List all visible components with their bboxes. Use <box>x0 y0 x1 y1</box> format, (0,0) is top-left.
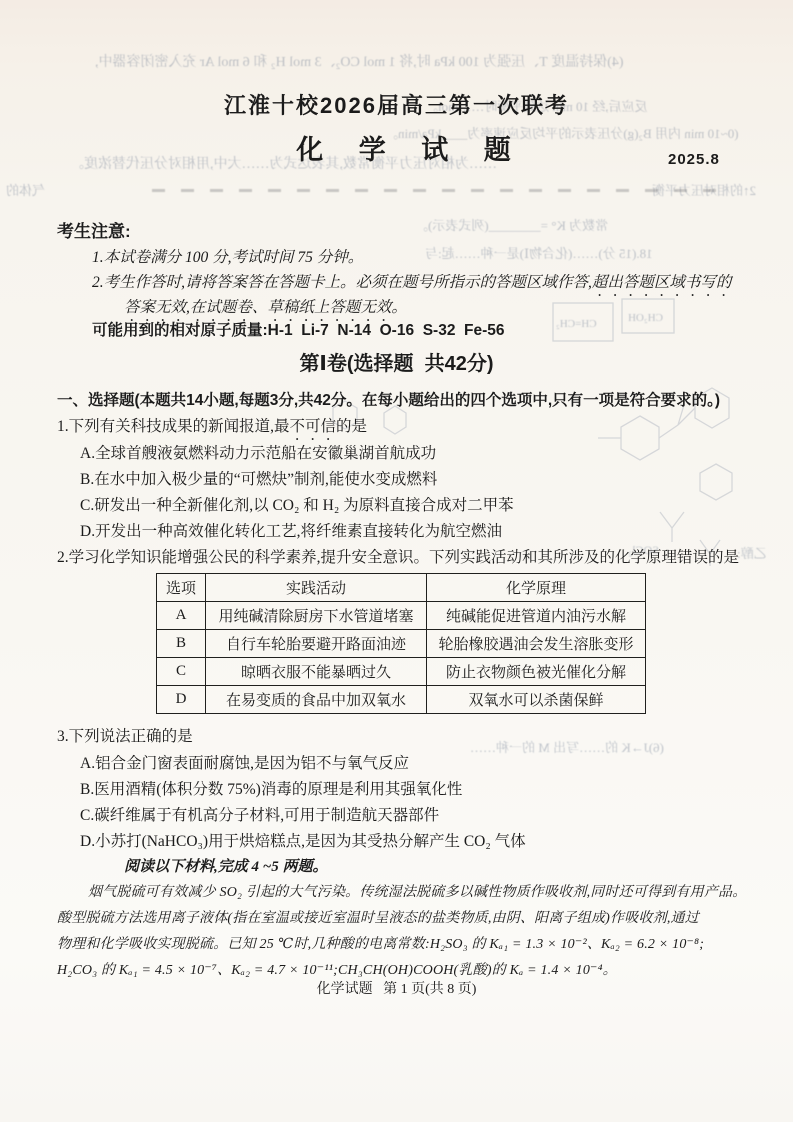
q1-option-c: C.研发出一种全新催化剂,以 CO₂ 和 H₂ 为原料直接合成对二甲苯 <box>80 496 514 515</box>
table-header-activity: 实践活动 <box>206 574 427 602</box>
table-cell: B <box>157 630 206 658</box>
reading-lead: 阅读以下材料,完成 4 ~5 两题。 <box>124 858 328 877</box>
table-row: D 在易变质的食品中加双氧水 双氧水可以杀菌保鲜 <box>157 686 646 714</box>
notice-heading: 考生注意: <box>57 221 131 242</box>
q1-option-b: B.在水中加入极少量的“可燃炔”制剂,能使水变成燃料 <box>80 470 437 489</box>
table-row: B 自行车轮胎要避开路面油迹 轮胎橡胶遇油会发生溶胀变形 <box>157 630 646 658</box>
table-cell: C <box>157 658 206 686</box>
table-cell: 防止衣物颜色被光催化分解 <box>427 658 646 686</box>
q2-stem: 2.学习化学知识能增强公民的科学素养,提升安全意识。下列实践活动和其所涉及的化学… <box>57 548 739 567</box>
reading-line-2: 酸型脱硫方法选用离子液体(指在室温或接近室温时呈液态的盐类物质,由阴、阳离子组成… <box>57 910 699 928</box>
q2-table-header-row: 选项 实践活动 化学原理 <box>157 574 646 602</box>
exam-title: 江淮十校2026届高三第一次联考 <box>0 92 793 120</box>
q3-option-c: C.碳纤维属于有机高分子材料,可用于制造航天器部件 <box>80 806 439 825</box>
exam-paper-page: (4)保持温度 T、压强为 100 kPa 时,将 1 mol CO₂、3 mo… <box>0 0 793 1122</box>
table-header-option: 选项 <box>157 574 206 602</box>
exam-date: 2025.8 <box>668 151 720 170</box>
section-1-heading: 第Ⅰ卷(选择题 共42分) <box>0 352 793 377</box>
q3-option-b: B.医用酒精(体积分数 75%)消毒的原理是利用其强氧化性 <box>80 780 462 799</box>
q2-table: 选项 实践活动 化学原理 A 用纯碱清除厨房下水管道堵塞 纯碱能促进管道内油污水… <box>156 573 646 714</box>
notice-item-2-line-1: 2.考生作答时,请将答案答在答题卡上。必须在题号所指示的答题区域作答,超出答题区… <box>92 273 731 300</box>
notice-item-1: 1.本试卷满分 100 分,考试时间 75 分钟。 <box>92 248 363 267</box>
table-cell: 纯碱能促进管道内油污水解 <box>427 602 646 630</box>
table-header-principle: 化学原理 <box>427 574 646 602</box>
table-cell: 晾晒衣服不能暴晒过久 <box>206 658 427 686</box>
table-row: A 用纯碱清除厨房下水管道堵塞 纯碱能促进管道内油污水解 <box>157 602 646 630</box>
q1-option-a: A.全球首艘液氨燃料动力示范船在安徽巢湖首航成功 <box>80 444 436 463</box>
table-row: C 晾晒衣服不能暴晒过久 防止衣物颜色被光催化分解 <box>157 658 646 686</box>
table-cell: 自行车轮胎要避开路面油迹 <box>206 630 427 658</box>
reading-line-1: 烟气脱硫可有效减少 SO₂ 引起的大气污染。传统湿法脱硫多以碱性物质作吸收剂,同… <box>88 884 746 902</box>
q3-option-a: A.铝合金门窗表面耐腐蚀,是因为铝不与氧气反应 <box>80 754 409 773</box>
page-content: 江淮十校2026届高三第一次联考 化 学 试 题 2025.8 考生注意: 1.… <box>0 0 793 1122</box>
table-cell: 在易变质的食品中加双氧水 <box>206 686 427 714</box>
table-cell: D <box>157 686 206 714</box>
table-cell: 用纯碱清除厨房下水管道堵塞 <box>206 602 427 630</box>
page-footer: 化学试题 第 1 页(共 8 页) <box>0 981 793 999</box>
table-cell: 双氧水可以杀菌保鲜 <box>427 686 646 714</box>
q1-stem: 1.下列有关科技成果的新闻报道,最不可信的是 <box>57 417 367 444</box>
reading-line-3: 物理和化学吸收实现脱硫。已知 25 ℃时,几种酸的电离常数:H₂SO₃ 的 Kₐ… <box>57 936 704 954</box>
multiple-choice-intro: 一、选择题(本题共14小题,每题3分,共42分。在每小题给出的四个选项中,只有一… <box>57 391 720 410</box>
q1-option-d: D.开发出一种高效催化转化工艺,将纤维素直接转化为航空燃油 <box>80 522 502 541</box>
q3-stem: 3.下列说法正确的是 <box>57 727 193 746</box>
table-cell: 轮胎橡胶遇油会发生溶胀变形 <box>427 630 646 658</box>
q3-option-d: D.小苏打(NaHCO₃)用于烘焙糕点,是因为其受热分解产生 CO₂ 气体 <box>80 832 526 851</box>
reading-line-4: H₂CO₃ 的 Kₐ₁ = 4.5 × 10⁻⁷、Kₐ₂ = 4.7 × 10⁻… <box>57 962 617 980</box>
atomic-masses: 可能用到的相对原子质量:H-1 Li-7 N-14 O-16 S-32 Fe-5… <box>92 321 505 340</box>
table-cell: A <box>157 602 206 630</box>
